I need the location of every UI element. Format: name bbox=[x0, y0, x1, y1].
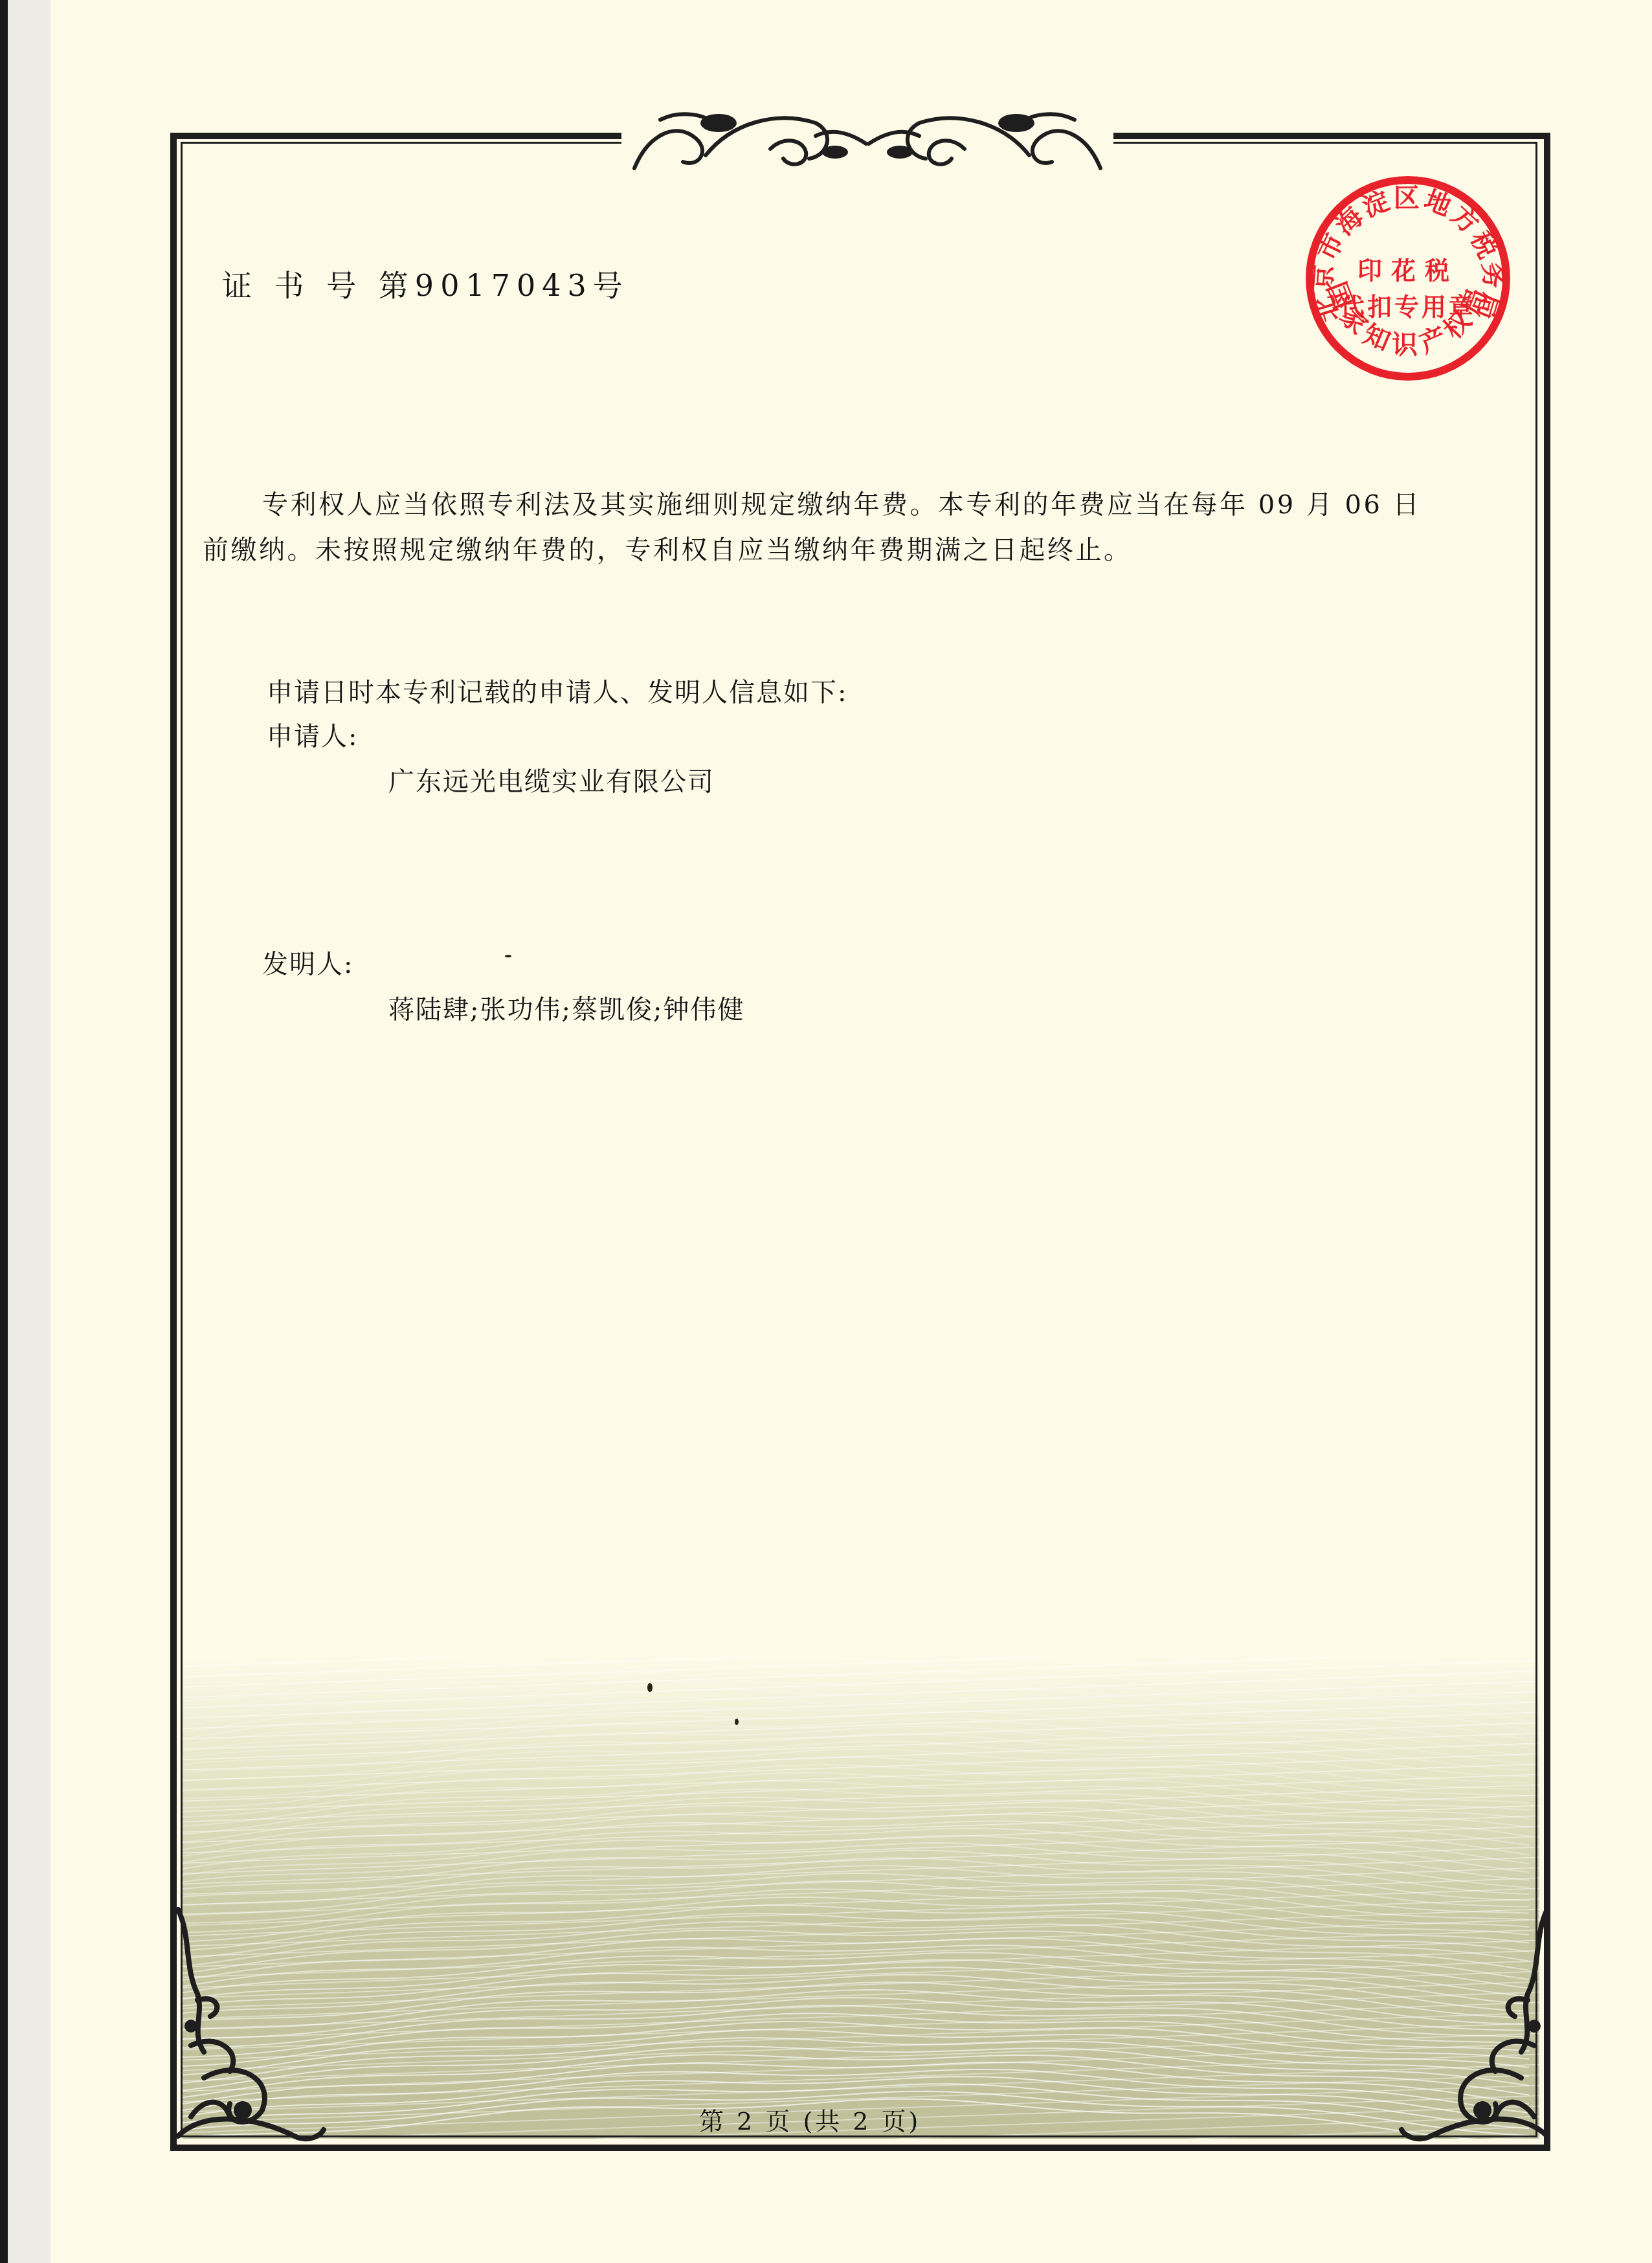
scan-edge-shadow bbox=[0, 0, 8, 2263]
scan-speck bbox=[735, 1719, 739, 1725]
top-ornament-icon bbox=[621, 97, 1113, 181]
scan-edge-margin bbox=[8, 0, 50, 2263]
corner-ornament-bottom-left-icon bbox=[165, 1897, 327, 2156]
scan-speck bbox=[647, 1683, 653, 1692]
fee-notice-line-2: 前缴纳。未按照规定缴纳年费的，专利权自应当缴纳年费期满之日起终止。 bbox=[203, 537, 1132, 563]
inventor-label: 发明人: bbox=[262, 952, 353, 977]
info-intro: 申请日时本专利记载的申请人、发明人信息如下: bbox=[267, 680, 847, 706]
inventor-names: 蒋陆肆;张功伟;蔡凯俊;钟伟健 bbox=[388, 997, 744, 1023]
applicant-name: 广东远光电缆实业有限公司 bbox=[388, 769, 715, 795]
certificate-frame-inner bbox=[181, 142, 1537, 2137]
scan-speck bbox=[505, 955, 511, 957]
page-number: 第 2 页 (共 2 页) bbox=[699, 2109, 921, 2134]
official-seal: 北京市海淀区地方税务局 国家知识产权局 印花税 代扣专用章 bbox=[1301, 172, 1515, 385]
corner-ornament-bottom-right-icon bbox=[1398, 1897, 1560, 2156]
seal-center-line-1: 印花税 bbox=[1301, 251, 1515, 286]
fee-notice-line-1: 专利权人应当依照专利法及其实施细则规定缴纳年费。本专利的年费应当在每年 09 月… bbox=[262, 492, 1421, 518]
certificate-number: 证 书 号 第9017043号 bbox=[222, 271, 629, 300]
applicant-label: 申请人: bbox=[267, 724, 358, 750]
seal-center-line-2: 代扣专用章 bbox=[1301, 287, 1515, 322]
